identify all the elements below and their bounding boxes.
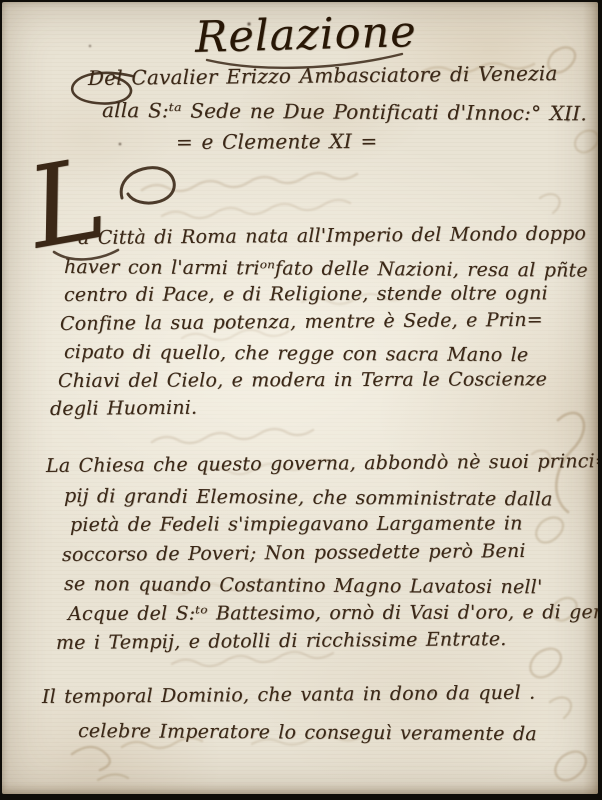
manuscript-line: centro di Pace, e di Religione, stende o… [64,279,588,309]
heading-line: Del Cavalier Erizzo Ambasciatore di Vene… [88,61,598,98]
manuscript-photo: { "page": { "kind": "manuscript-page", "… [0,0,602,800]
manuscript-line: a Città di Roma nata all'Imperio del Mon… [78,220,588,253]
manuscript-line: La Chiesa che questo governa, abbondò nè… [46,447,570,481]
manuscript-line: celebre Imperatore lo conseguì veramente… [78,714,566,751]
manuscript-line: Il temporal Dominio, che vanta in dono d… [42,675,566,714]
manuscript-page: Relazione Del Cavalier Erizzo Ambasciato… [2,2,598,794]
paragraph-2: La Chiesa che questo governa, abbondò nè… [46,452,570,659]
manuscript-line: pietà de Fedeli s'impiegavano Largamente… [70,509,570,540]
page-edge-shading-bottom [2,782,598,794]
paragraph-3: Il temporal Dominio, che vanta in dono d… [42,680,566,748]
manuscript-line: me i Tempij, e dotolli di ricchissime En… [56,625,570,659]
manuscript-line: Confine la sua potenza, mentre è Sede, e… [60,305,588,338]
manuscript-line: degli Huomini. [50,390,588,423]
manuscript-title: Relazione [194,9,417,62]
manuscript-line: soccorso de Poveri; Non possedette però … [62,536,570,570]
page-edge-shading [583,2,598,794]
heading-line: = e Clemente XI = [176,128,598,162]
paragraph-1: a Città di Roma nata all'Imperio del Mon… [64,224,588,424]
